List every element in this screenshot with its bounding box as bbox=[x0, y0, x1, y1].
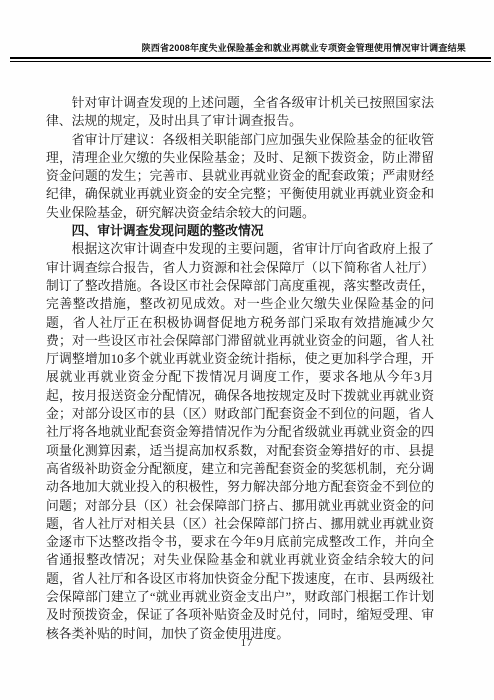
header-rule-thin-line bbox=[10, 61, 491, 62]
paragraph-rectification-details: 根据这次审计调查中发现的主要问题，省审计厅向省政府上报了审计调查综合报告，省人力… bbox=[46, 240, 434, 643]
paragraph-audit-report-issued: 针对审计调查发现的上述问题，全省各级审计机关已按照国家法律、法规的规定，及时出具… bbox=[46, 94, 434, 131]
header-rule bbox=[10, 57, 491, 62]
page-number: 17 bbox=[241, 638, 254, 649]
paragraph-audit-recommendations: 省审计厅建议：各级相关职能部门应加强失业保险基金的征收管理，清理企业欠缴的失业保… bbox=[46, 131, 434, 222]
page-footer: 17 bbox=[0, 633, 494, 651]
document-body: 针对审计调查发现的上述问题，全省各级审计机关已按照国家法律、法规的规定，及时出具… bbox=[46, 94, 434, 643]
section-heading-rectification: 四、审计调查发现问题的整改情况 bbox=[46, 222, 434, 240]
document-page: 陕西省2008年度失业保险基金和就业再就业专项资金管理使用情况审计调查结果 针对… bbox=[0, 0, 494, 700]
header-rule-thick-line bbox=[10, 57, 491, 59]
running-header-title: 陕西省2008年度失业保险基金和就业再就业专项资金管理使用情况审计调查结果 bbox=[142, 41, 466, 54]
